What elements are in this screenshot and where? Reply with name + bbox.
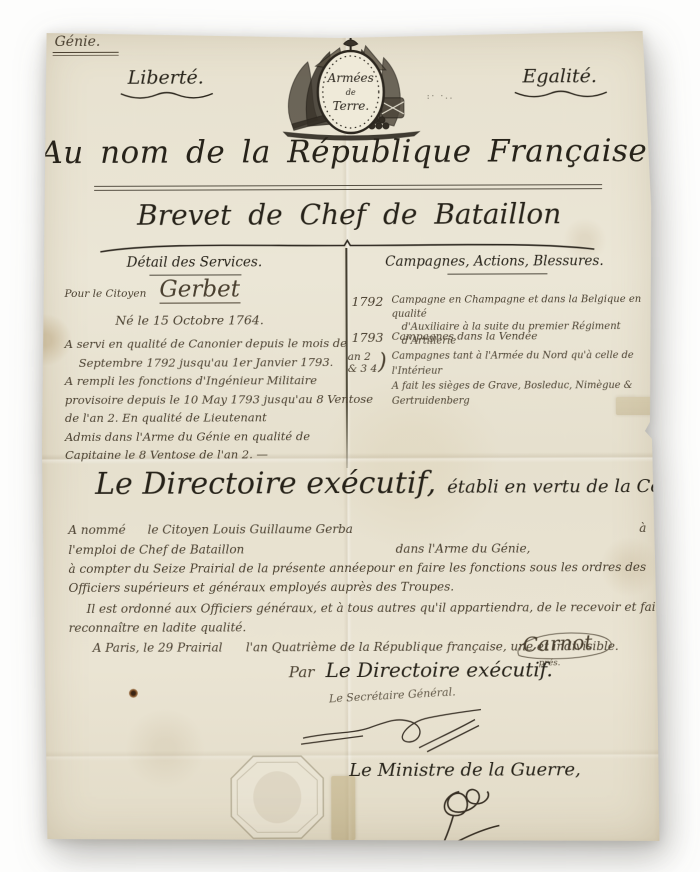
ink-spot <box>129 689 138 698</box>
document-paper: Génie. Liberté. Egalité. <box>39 27 662 847</box>
emploi-left: l'emploi de Chef de Bataillon <box>68 542 244 557</box>
document-title: Au nom de la République Française. <box>39 133 659 171</box>
service-line: A servi en qualité de Canonier depuis le… <box>65 334 365 354</box>
year-an2: an 2 <box>348 350 377 362</box>
right-column-header: Campagnes, Actions, Blessures. <box>369 253 619 270</box>
par-directoire-text: Le Directoire exécutif. <box>325 657 552 682</box>
nomme-right: à <box>639 521 646 535</box>
year-brace: ) <box>378 350 387 375</box>
decree-line-officiers: Officiers supérieurs et généraux employé… <box>69 580 455 595</box>
corner-annotation-underline2 <box>53 55 119 56</box>
photograph-of-document: Génie. Liberté. Egalité. <box>0 0 700 872</box>
service-line: Septembre 1792 jusqu'au 1er Janvier 1793… <box>65 352 365 372</box>
nomme-name: le Citoyen Louis Guillaume Gerba <box>148 522 353 537</box>
campaign-line: Campagne en Champagne et dans la Belgiqu… <box>392 293 654 321</box>
minister-title-line: Le Ministre de la Guerre, <box>349 759 581 781</box>
title-rule <box>94 184 602 191</box>
paper-wrap: Génie. Liberté. Egalité. <box>39 27 662 847</box>
tape-repair-bottom <box>331 776 355 840</box>
document-subtitle: Brevet de Chef de Bataillon <box>39 197 659 232</box>
campaign-year-1792: 1792 <box>352 294 384 309</box>
decree-opening-big: Le Directoire exécutif, <box>95 466 436 502</box>
service-line: de l'an 2. En qualité de Lieutenant <box>65 408 365 428</box>
ink-specks: :· ·.. <box>427 92 454 101</box>
year-34: & 3 4 <box>348 362 377 374</box>
emploi-right: dans l'Arme du Génie, <box>396 541 531 555</box>
emblem-text-terre: Terre. <box>333 99 370 113</box>
embossed-seal <box>227 752 327 842</box>
recipient-name: Gerbet <box>159 276 240 303</box>
left-column-header: Détail des Services. <box>79 254 309 271</box>
decree-line-nomme: A nommé le Citoyen Louis Guillaume Gerba… <box>68 521 646 537</box>
minister-signature <box>429 781 529 863</box>
service-line: A rempli les fonctions d'Ingénieur Milit… <box>65 371 365 391</box>
emblem-text-armees: Armées <box>327 71 374 85</box>
motto-egalite-flourish <box>513 89 609 101</box>
campaign-year-1793: 1793 <box>352 330 384 345</box>
service-details: A servi en qualité de Canonier depuis le… <box>65 334 365 465</box>
campaign-entry-1793: Campagnes dans la Vendée <box>392 330 538 343</box>
left-column-intro: Pour le Citoyen Gerbet <box>64 276 240 303</box>
corner-annotation: Génie. <box>55 34 101 50</box>
emblem-text-de: de <box>346 88 356 97</box>
motto-liberte: Liberté. <box>111 66 221 88</box>
campaign-line: Campagnes tant à l'Armée du Nord qu'à ce… <box>392 348 660 379</box>
date-left: A Paris, le 29 Prairial <box>93 640 223 654</box>
nomme-left: A nommé <box>68 523 125 537</box>
motto-liberte-flourish <box>119 90 215 102</box>
compter-left: à compter du Seize Prairial de la présen… <box>68 561 366 576</box>
decree-opening-rest: établi en vertu de la Constitution,— <box>447 476 700 498</box>
decree-line-emploi: l'emploi de Chef de Bataillon dans l'Arm… <box>68 541 530 557</box>
corner-annotation-underline <box>53 52 119 53</box>
secretary-signature <box>299 703 494 756</box>
service-line: Admis dans l'Arme du Génie en qualité de <box>65 426 365 446</box>
birth-line: Né le 15 Octobre 1764. <box>40 312 340 328</box>
tape-stain-right-edge <box>616 397 652 415</box>
right-header-underline <box>447 273 547 274</box>
campaign-year-an234: an 2 & 3 4 ) <box>348 350 387 375</box>
decree-line-compter: à compter du Seize Prairial de la présen… <box>68 560 628 576</box>
service-line: Capitaine le 8 Ventose de l'an 2. — <box>65 445 365 465</box>
intro-small-text: Pour le Citoyen <box>64 288 146 300</box>
par-word: Par <box>289 663 315 681</box>
motto-egalite: Egalité. <box>505 65 615 87</box>
decree-line-ordonne: Il est ordonné aux Officiers généraux, e… <box>87 600 669 616</box>
par-directoire-line: Par Le Directoire exécutif. <box>271 657 571 682</box>
armees-de-terre-emblem-icon: Armées de Terre. <box>274 36 429 143</box>
decree-line-reconnaitre: reconnaître en ladite qualité. <box>69 620 247 635</box>
decree-opening: Le Directoire exécutif, établi en vertu … <box>95 465 700 502</box>
compter-right: pour en faire les fonctions sous les ord… <box>366 560 646 575</box>
service-line: provisoire depuis le 10 May 1793 jusqu'a… <box>65 389 365 409</box>
